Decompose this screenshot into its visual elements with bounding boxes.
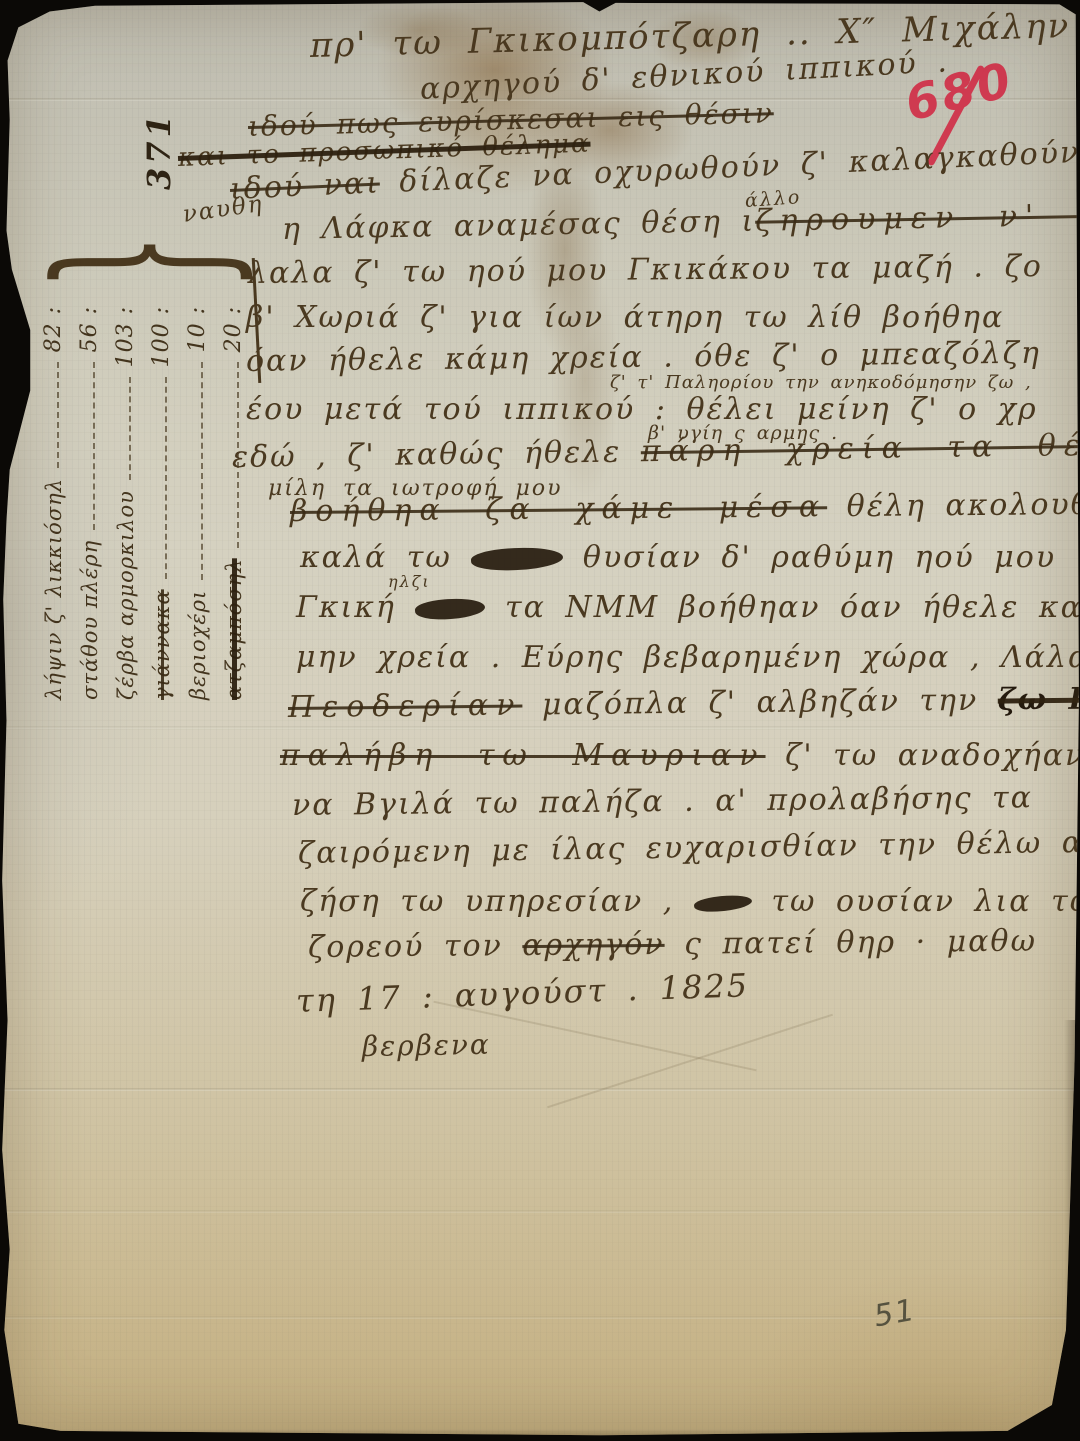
paper-sheet: πρ' τω Γκικομπότζαρη .. Χ″ Μιχάλην αρχηγ…	[0, 0, 1080, 1441]
edge-vignette	[0, 0, 1080, 1441]
scanned-manuscript: πρ' τω Γκικομπότζαρη .. Χ″ Μιχάλην αρχηγ…	[0, 0, 1080, 1441]
